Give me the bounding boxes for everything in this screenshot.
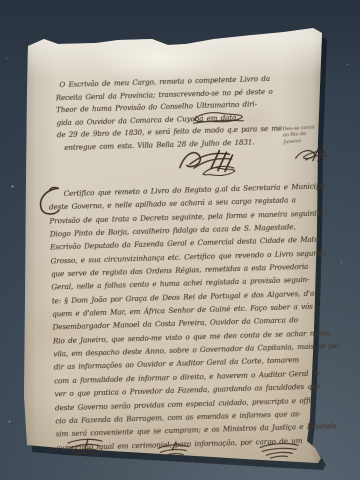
manuscript-photo: O Escrivão de meu Cargo, remeta o compet… <box>0 0 360 480</box>
bottom-rubric-right <box>258 442 300 459</box>
bottom-rubric-center <box>156 440 191 459</box>
dust-specks <box>0 0 1 1</box>
margin-note: Deo-se conta ao Rio de Janeiro <box>282 123 329 145</box>
body-paragraph: Certifico que remeto o Livro do Registo … <box>48 180 324 455</box>
strike-through-blot <box>192 110 244 127</box>
ink-flourish <box>201 164 237 178</box>
opening-paragraph: O Escrivão de meu Cargo, remeta o compet… <box>55 72 297 154</box>
bottom-rubric-left <box>66 438 105 457</box>
margin-rubric <box>293 145 328 164</box>
handwriting-layer: O Escrivão de meu Cargo, remeta o compet… <box>0 0 360 480</box>
